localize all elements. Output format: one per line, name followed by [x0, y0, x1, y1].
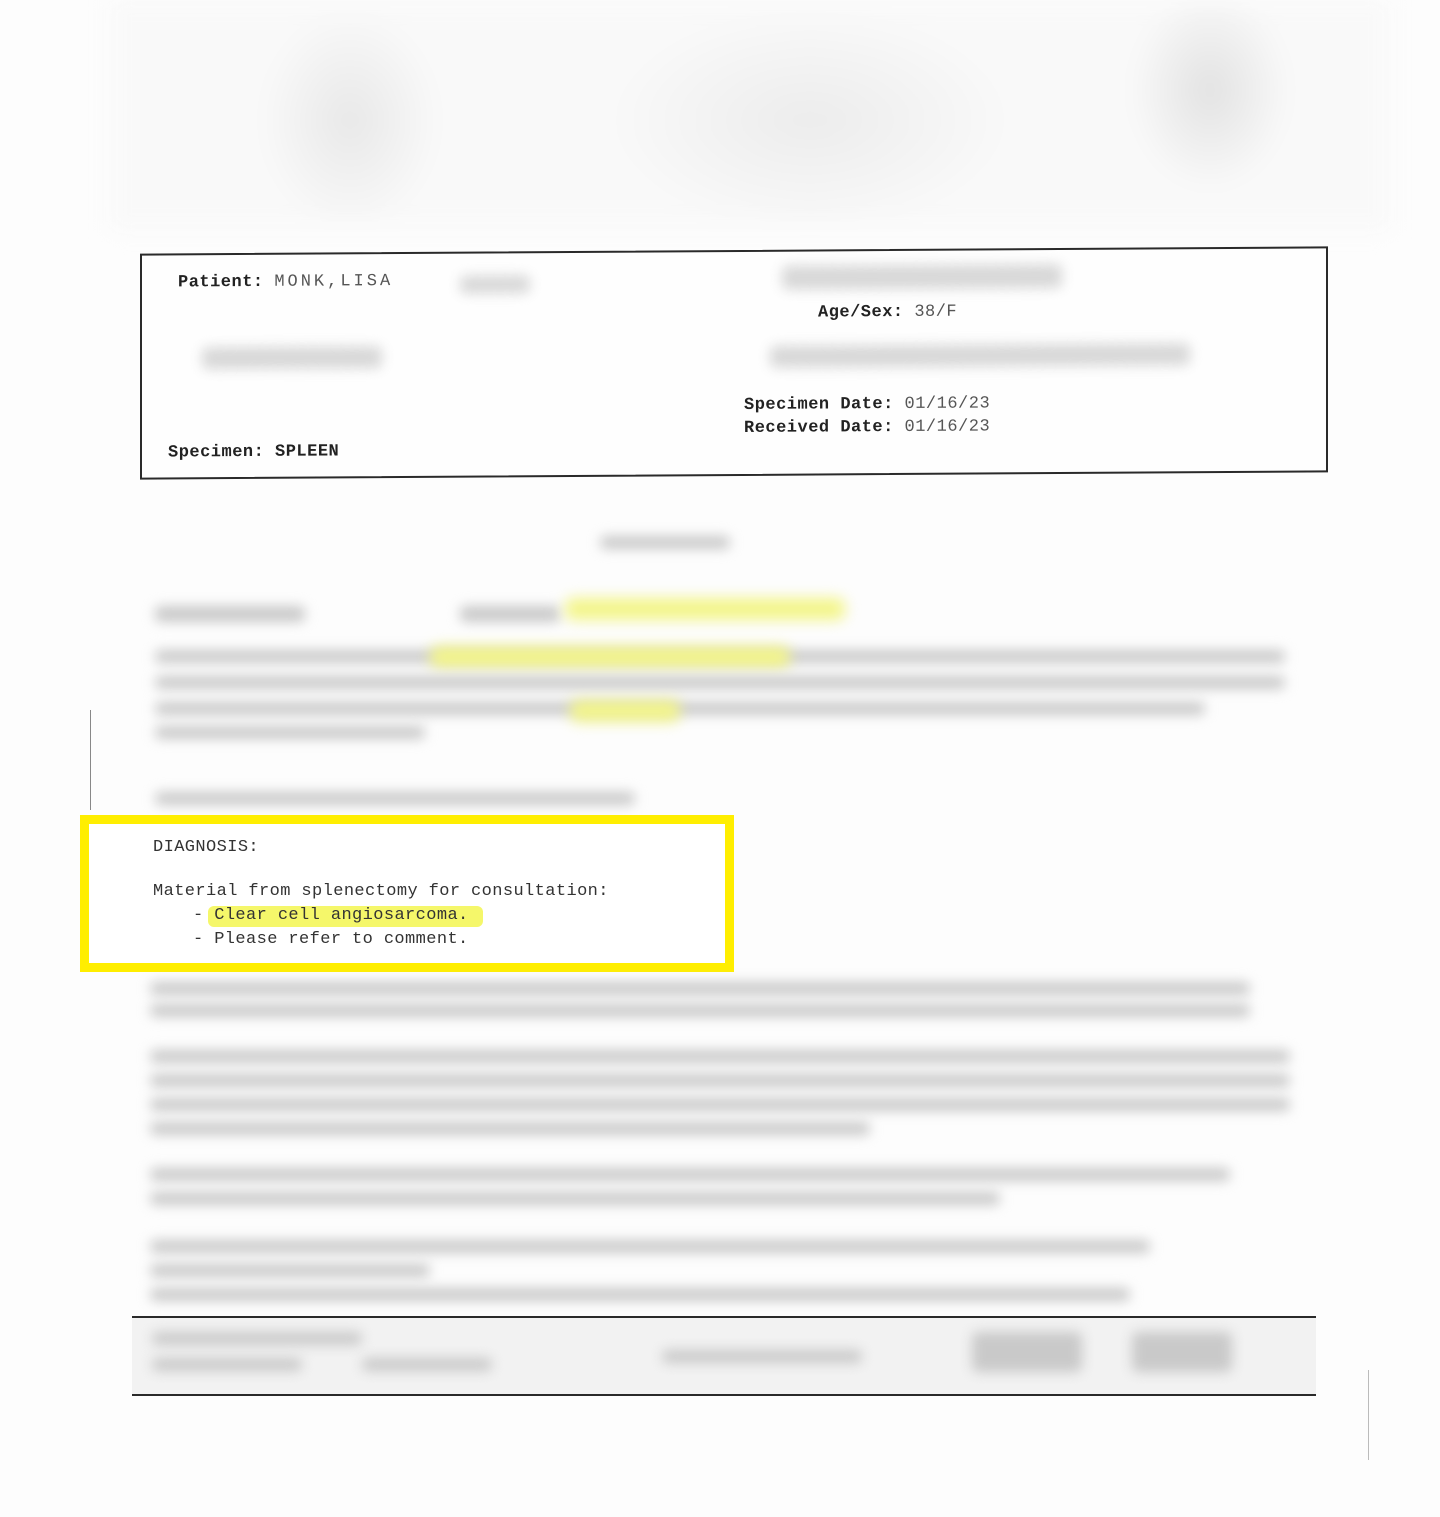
patient-name: MONK,LISA — [274, 272, 393, 292]
age-sex-label: Age/Sex: — [818, 303, 904, 323]
received-date-field: Received Date: 01/16/23 — [744, 417, 990, 438]
patient-header-box: Patient: MONK,LISA Age/Sex: 38/F Specime… — [140, 246, 1328, 479]
diagnosis-item-highlighted: - Clear cell angiosarcoma. — [193, 906, 483, 925]
specimen-field: Specimen: SPLEEN — [168, 442, 339, 462]
diagnosis-annotation-box: DIAGNOSIS: Material from splenectomy for… — [80, 815, 734, 972]
diagnosis-item: - Please refer to comment. — [193, 930, 469, 949]
diagnosis-intro: Material from splenectomy for consultati… — [153, 882, 609, 901]
specimen-date-label: Specimen Date: — [744, 395, 894, 415]
specimen-date-field: Specimen Date: 01/16/23 — [744, 394, 990, 415]
redacted-field — [770, 343, 1190, 368]
redacted-field — [782, 264, 1062, 290]
patient-field: Patient: MONK,LISA — [178, 272, 393, 292]
scan-edge — [90, 710, 91, 810]
patient-label: Patient: — [178, 273, 264, 293]
age-sex-field: Age/Sex: 38/F — [818, 303, 957, 323]
specimen-value: SPLEEN — [275, 442, 339, 461]
age-sex-value: 38/F — [914, 303, 957, 322]
specimen-label: Specimen: — [168, 443, 264, 463]
specimen-date-value: 01/16/23 — [905, 394, 991, 414]
received-date-value: 01/16/23 — [905, 417, 991, 437]
redacted-field — [202, 346, 382, 369]
redacted-patient-id — [460, 275, 530, 293]
redacted-letterhead — [110, 0, 1390, 230]
scan-edge — [1368, 1370, 1369, 1460]
diagnosis-heading: DIAGNOSIS: — [153, 838, 259, 857]
received-date-label: Received Date: — [744, 418, 894, 438]
diagnosis-highlight: Clear cell angiosarcoma. — [208, 906, 482, 927]
redacted-footer-box — [132, 1316, 1316, 1396]
